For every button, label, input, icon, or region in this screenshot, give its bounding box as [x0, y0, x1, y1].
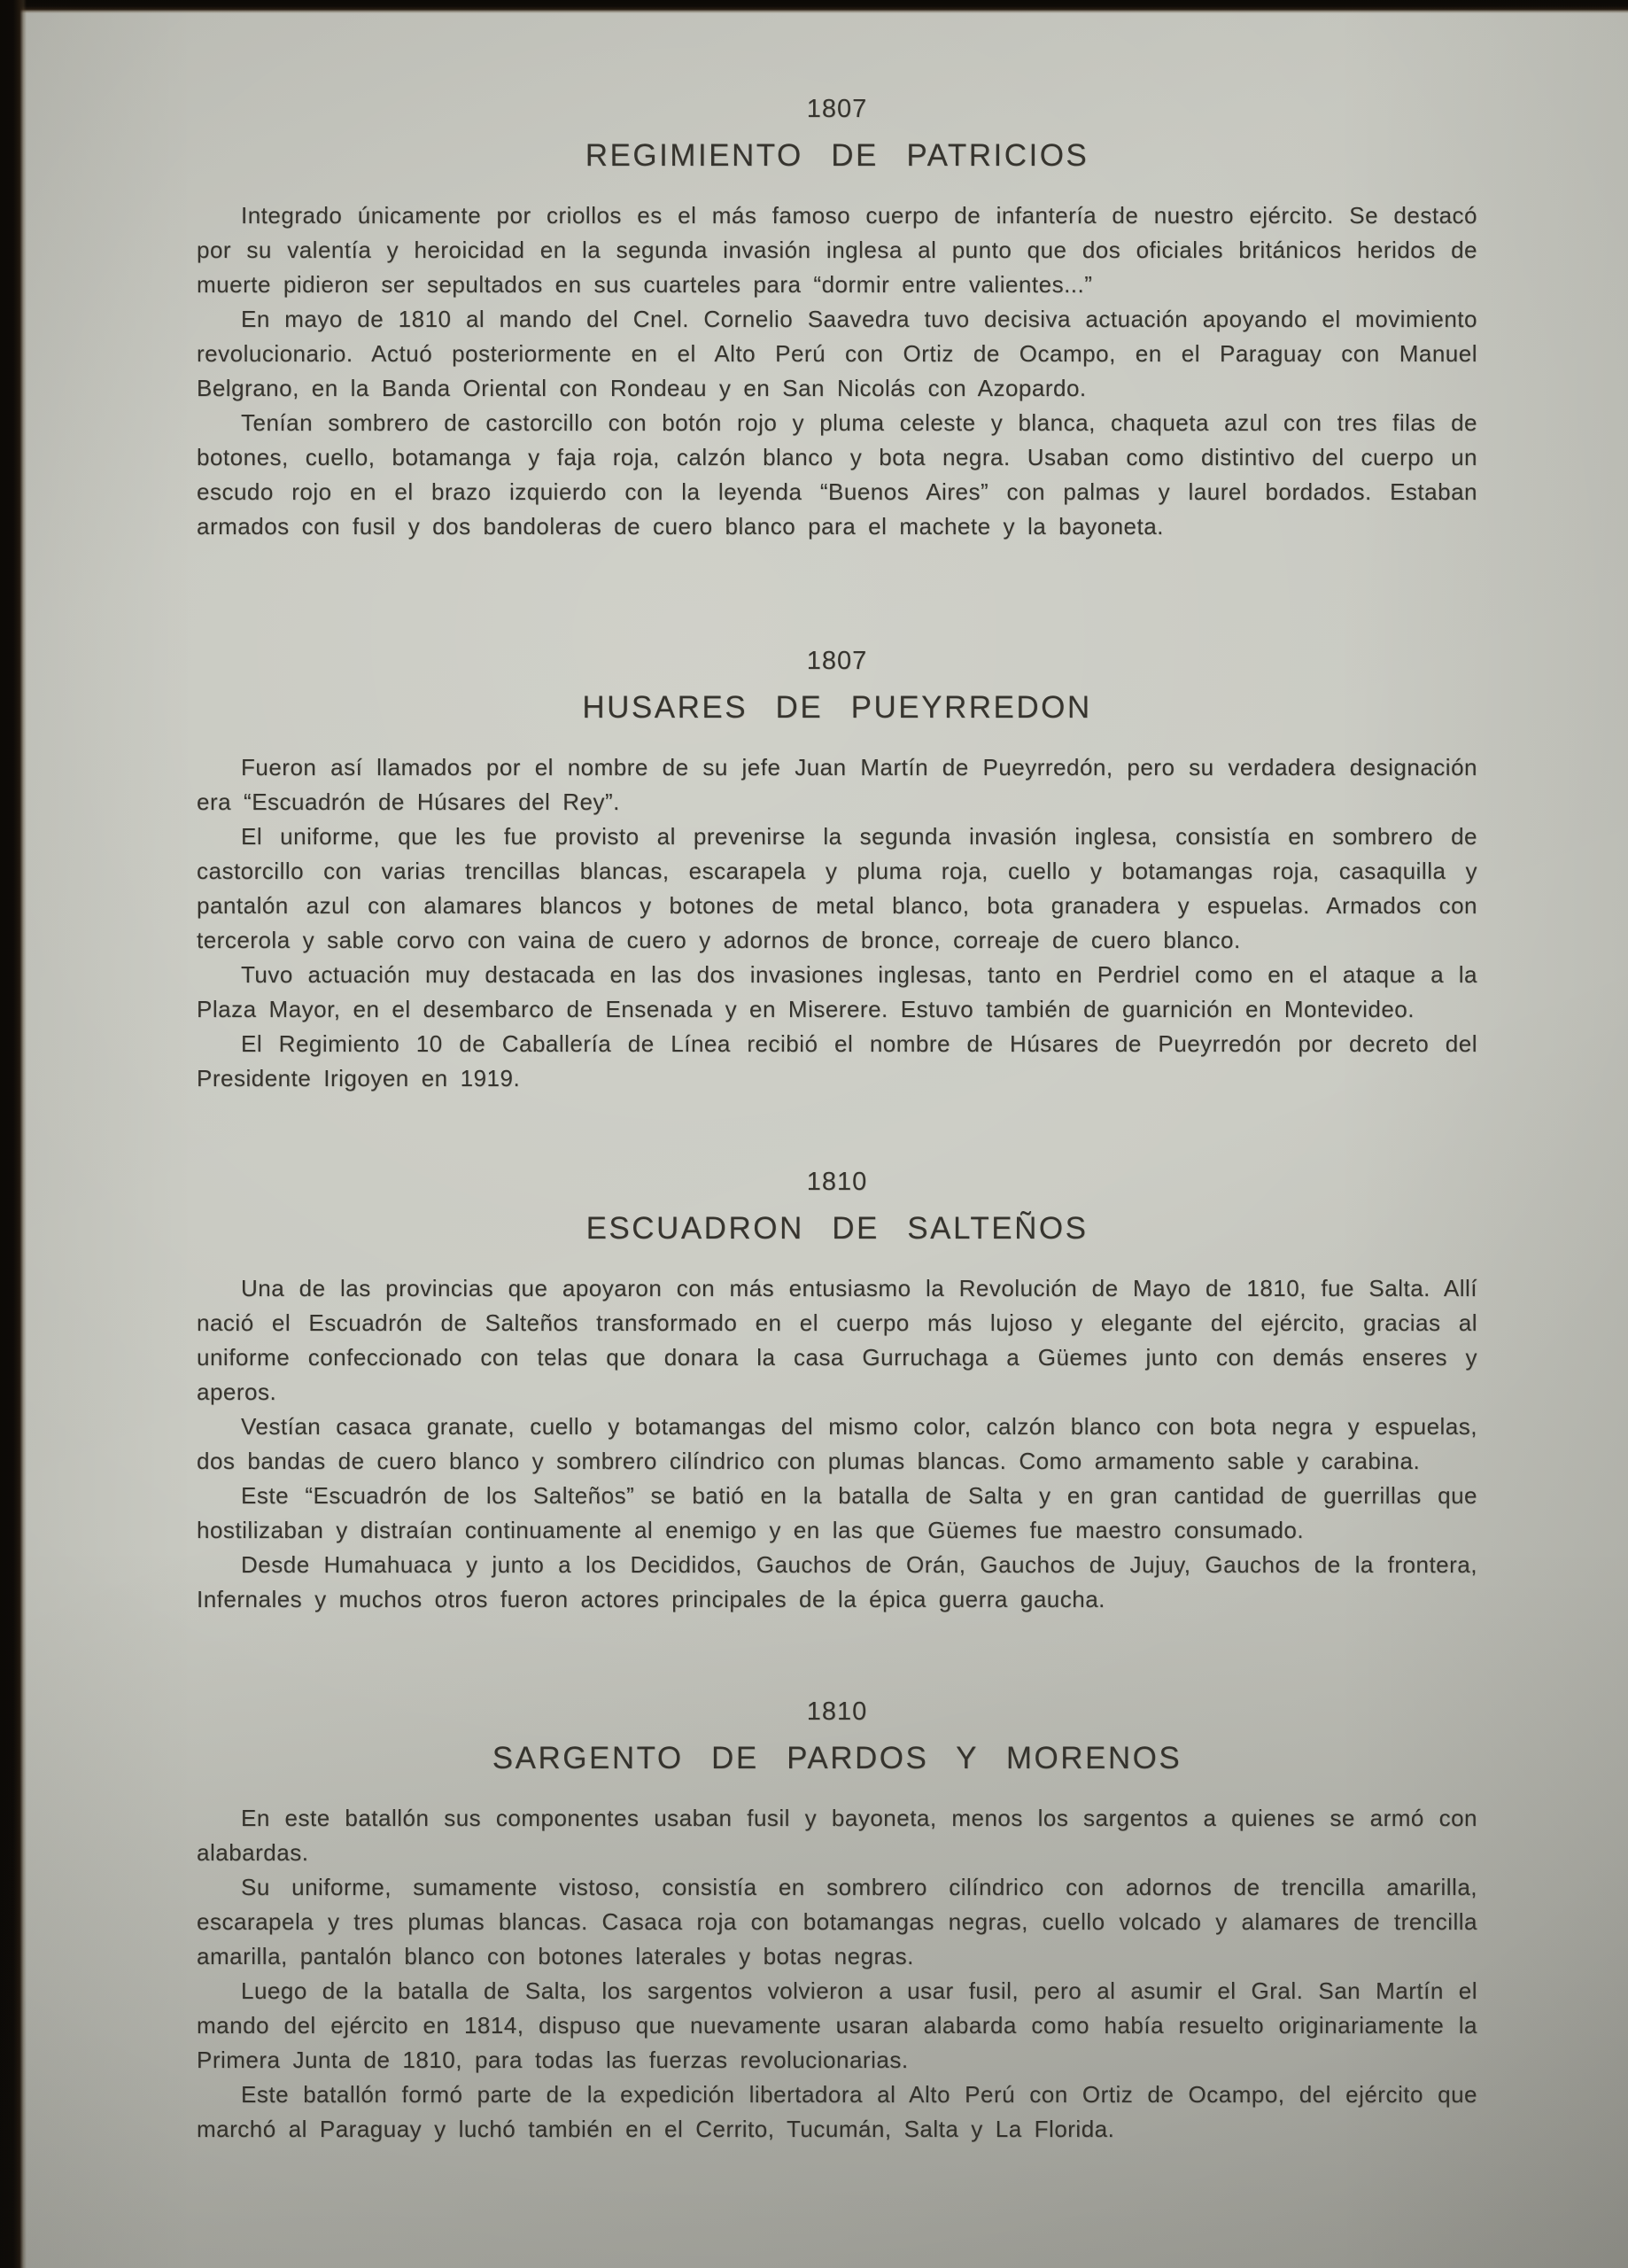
- paragraph: Desde Humahuaca y junto a los Decididos,…: [197, 1548, 1477, 1617]
- page-content: 1807 REGIMIENTO DE PATRICIOS Integrado ú…: [0, 0, 1628, 2268]
- section-title: HUSARES DE PUEYRREDON: [197, 690, 1477, 726]
- section-title: REGIMIENTO DE PATRICIOS: [197, 138, 1477, 174]
- paragraph: El uniforme, que les fue provisto al pre…: [197, 819, 1477, 958]
- paragraph: El Regimiento 10 de Caballería de Línea …: [197, 1027, 1477, 1096]
- section-year: 1807: [197, 94, 1477, 124]
- paragraph: Este batallón formó parte de la expedici…: [197, 2078, 1477, 2147]
- paragraph: Fueron así llamados por el nombre de su …: [197, 750, 1477, 819]
- section-year: 1807: [197, 646, 1477, 676]
- section-year: 1810: [197, 1697, 1477, 1727]
- section-husares-de-pueyrredon: 1807 HUSARES DE PUEYRREDON Fueron así ll…: [197, 646, 1477, 1096]
- scanned-book-page: 1807 REGIMIENTO DE PATRICIOS Integrado ú…: [0, 0, 1628, 2268]
- paragraph: Este “Escuadrón de los Salteños” se bati…: [197, 1479, 1477, 1548]
- paragraph: En este batallón sus componentes usaban …: [197, 1801, 1477, 1870]
- section-regimiento-de-patricios: 1807 REGIMIENTO DE PATRICIOS Integrado ú…: [197, 94, 1477, 544]
- paragraph: Tenían sombrero de castorcillo con botón…: [197, 406, 1477, 544]
- section-sargento-de-pardos-y-morenos: 1810 SARGENTO DE PARDOS Y MORENOS En est…: [197, 1697, 1477, 2147]
- photo-edge-top: [0, 0, 1628, 13]
- paragraph: Vestían casaca granate, cuello y botaman…: [197, 1410, 1477, 1479]
- paragraph: Luego de la batalla de Salta, los sargen…: [197, 1974, 1477, 2078]
- section-title: SARGENTO DE PARDOS Y MORENOS: [197, 1741, 1477, 1776]
- paragraph: Integrado únicamente por criollos es el …: [197, 198, 1477, 302]
- section-escuadron-de-saltenos: 1810 ESCUADRON DE SALTEÑOS Una de las pr…: [197, 1167, 1477, 1617]
- paragraph: Una de las provincias que apoyaron con m…: [197, 1271, 1477, 1410]
- section-year: 1810: [197, 1167, 1477, 1197]
- paragraph: Su uniforme, sumamente vistoso, consistí…: [197, 1870, 1477, 1974]
- photo-edge-left: [0, 0, 27, 2268]
- paragraph: Tuvo actuación muy destacada en las dos …: [197, 958, 1477, 1027]
- section-title: ESCUADRON DE SALTEÑOS: [197, 1211, 1477, 1247]
- paragraph: En mayo de 1810 al mando del Cnel. Corne…: [197, 302, 1477, 406]
